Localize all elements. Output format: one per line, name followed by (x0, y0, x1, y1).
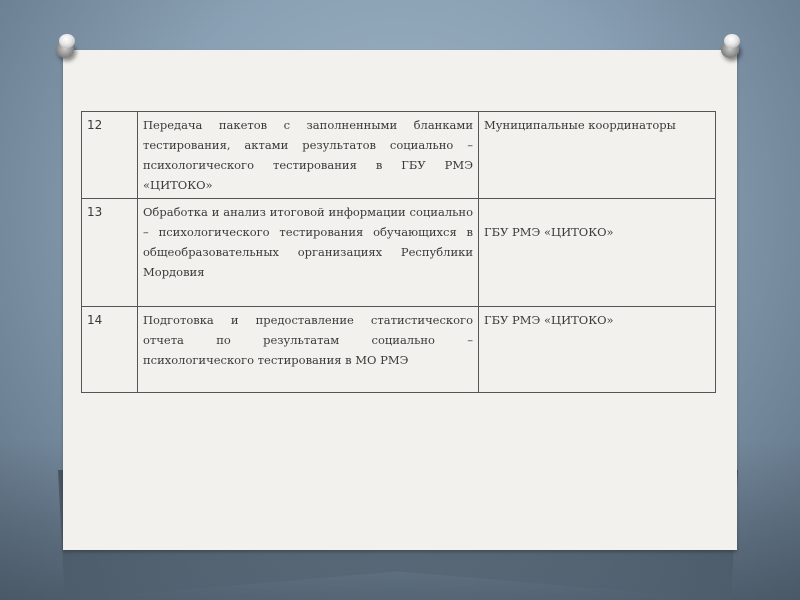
task-description: Обработка и анализ итоговой информации с… (138, 199, 479, 307)
responsible-party: ГБУ РМЭ «ЦИТОКО» (479, 307, 716, 393)
row-number: 13 (82, 199, 138, 307)
pushpin-icon (721, 34, 743, 64)
task-table: 12 Передача пакетов с заполненными бланк… (81, 111, 716, 393)
pushpin-icon (56, 34, 78, 64)
table-row: 12 Передача пакетов с заполненными бланк… (82, 112, 716, 199)
task-description: Передача пакетов с заполненными бланками… (138, 112, 479, 199)
responsible-party: ГБУ РМЭ «ЦИТОКО» (479, 199, 716, 307)
task-description: Подготовка и предоставление статистическ… (138, 307, 479, 393)
table-row: 14 Подготовка и предоставление статистич… (82, 307, 716, 393)
table-row: 13 Обработка и анализ итоговой информаци… (82, 199, 716, 307)
responsible-party: Муниципальные координаторы (479, 112, 716, 199)
responsible-text: ГБУ РМЭ «ЦИТОКО» (484, 222, 710, 242)
row-number: 12 (82, 112, 138, 199)
row-number: 14 (82, 307, 138, 393)
